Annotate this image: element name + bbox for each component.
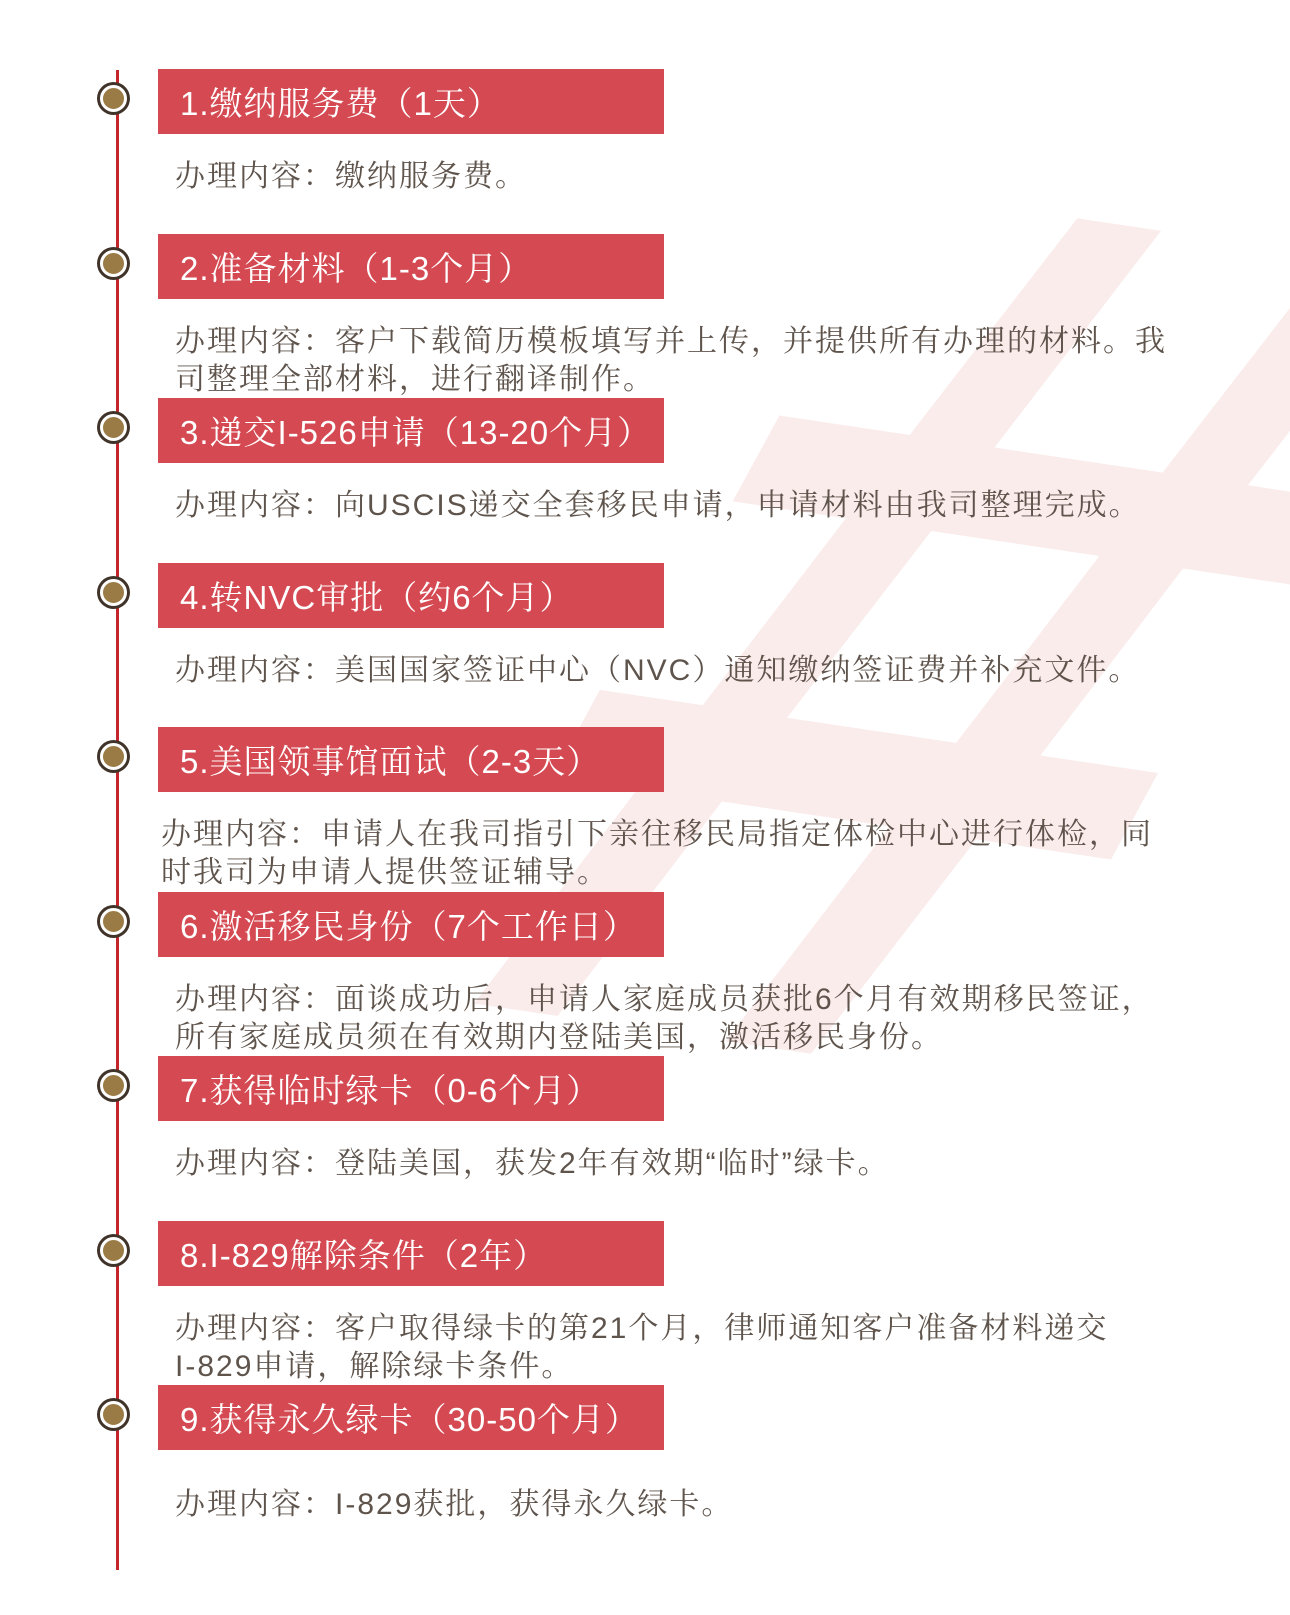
step-banner: 3.递交I-526申请（13-20个月）: [158, 398, 664, 463]
step-title: 8.I-829解除条件（2年）: [180, 1230, 547, 1277]
timeline-node-icon: [100, 250, 127, 277]
step-description: 办理内容：美国国家签证中心（NVC）通知缴纳签证费并补充文件。: [175, 652, 1290, 690]
step-description: 办理内容：登陆美国，获发2年有效期“临时”绿卡。: [175, 1145, 1290, 1183]
step-description: 办理内容：向USCIS递交全套移民申请，申请材料由我司整理完成。: [175, 487, 1290, 525]
step-title: 3.递交I-526申请（13-20个月）: [180, 407, 651, 454]
step-title: 7.获得临时绿卡（0-6个月）: [180, 1065, 600, 1112]
timeline-step-5: 5.美国领事馆面试（2-3天） 办理内容：申请人在我司指引下亲往移民局指定体检中…: [0, 727, 1290, 892]
step-title: 4.转NVC审批（约6个月）: [180, 572, 574, 619]
step-description: 办理内容：面谈成功后，申请人家庭成员获批6个月有效期移民签证， 所有家庭成员须在…: [175, 981, 1290, 1057]
step-banner: 8.I-829解除条件（2年）: [158, 1221, 664, 1286]
timeline-node-icon: [100, 908, 127, 935]
timeline-step-8: 8.I-829解除条件（2年） 办理内容：客户取得绿卡的第21个月，律师通知客户…: [0, 1221, 1290, 1386]
timeline-step-7: 7.获得临时绿卡（0-6个月） 办理内容：登陆美国，获发2年有效期“临时”绿卡。: [0, 1056, 1290, 1183]
step-banner: 6.激活移民身份（7个工作日）: [158, 892, 664, 957]
timeline-node-icon: [100, 579, 127, 606]
timeline-node-icon: [100, 1237, 127, 1264]
step-title: 5.美国领事馆面试（2-3天）: [180, 736, 600, 783]
timeline-step-4: 4.转NVC审批（约6个月） 办理内容：美国国家签证中心（NVC）通知缴纳签证费…: [0, 563, 1290, 690]
step-banner: 1.缴纳服务费（1天）: [158, 69, 664, 134]
timeline-step-3: 3.递交I-526申请（13-20个月） 办理内容：向USCIS递交全套移民申请…: [0, 398, 1290, 525]
step-description: 办理内容：I-829获批，获得永久绿卡。: [175, 1486, 1290, 1524]
timeline-step-2: 2.准备材料（1-3个月） 办理内容：客户下载简历模板填写并上传，并提供所有办理…: [0, 234, 1290, 399]
timeline-node-icon: [100, 414, 127, 441]
timeline-node-icon: [100, 1072, 127, 1099]
step-description: 办理内容：客户下载简历模板填写并上传，并提供所有办理的材料。我 司整理全部材料，…: [175, 323, 1290, 399]
step-title: 2.准备材料（1-3个月）: [180, 243, 532, 290]
step-description: 办理内容：缴纳服务费。: [175, 158, 1290, 196]
step-banner: 9.获得永久绿卡（30-50个月）: [158, 1385, 664, 1450]
timeline-step-6: 6.激活移民身份（7个工作日） 办理内容：面谈成功后，申请人家庭成员获批6个月有…: [0, 892, 1290, 1057]
timeline-node-icon: [100, 85, 127, 112]
step-banner: 7.获得临时绿卡（0-6个月）: [158, 1056, 664, 1121]
step-title: 9.获得永久绿卡（30-50个月）: [180, 1394, 639, 1441]
timeline-step-9: 9.获得永久绿卡（30-50个月） 办理内容：I-829获批，获得永久绿卡。: [0, 1385, 1290, 1524]
timeline-step-1: 1.缴纳服务费（1天） 办理内容：缴纳服务费。: [0, 69, 1290, 196]
immigration-timeline-infographic: { "palette": { "banner_red": "#d54a52", …: [0, 0, 1290, 1615]
step-title: 6.激活移民身份（7个工作日）: [180, 901, 637, 948]
step-description: 办理内容：客户取得绿卡的第21个月，律师通知客户准备材料递交 I-829申请，解…: [175, 1310, 1290, 1386]
timeline-node-icon: [100, 743, 127, 770]
step-banner: 4.转NVC审批（约6个月）: [158, 563, 664, 628]
timeline-node-icon: [100, 1401, 127, 1428]
step-banner: 2.准备材料（1-3个月）: [158, 234, 664, 299]
step-title: 1.缴纳服务费（1天）: [180, 78, 501, 125]
step-banner: 5.美国领事馆面试（2-3天）: [158, 727, 664, 792]
step-description: 办理内容：申请人在我司指引下亲往移民局指定体检中心进行体检，同 时我司为申请人提…: [161, 816, 1290, 892]
